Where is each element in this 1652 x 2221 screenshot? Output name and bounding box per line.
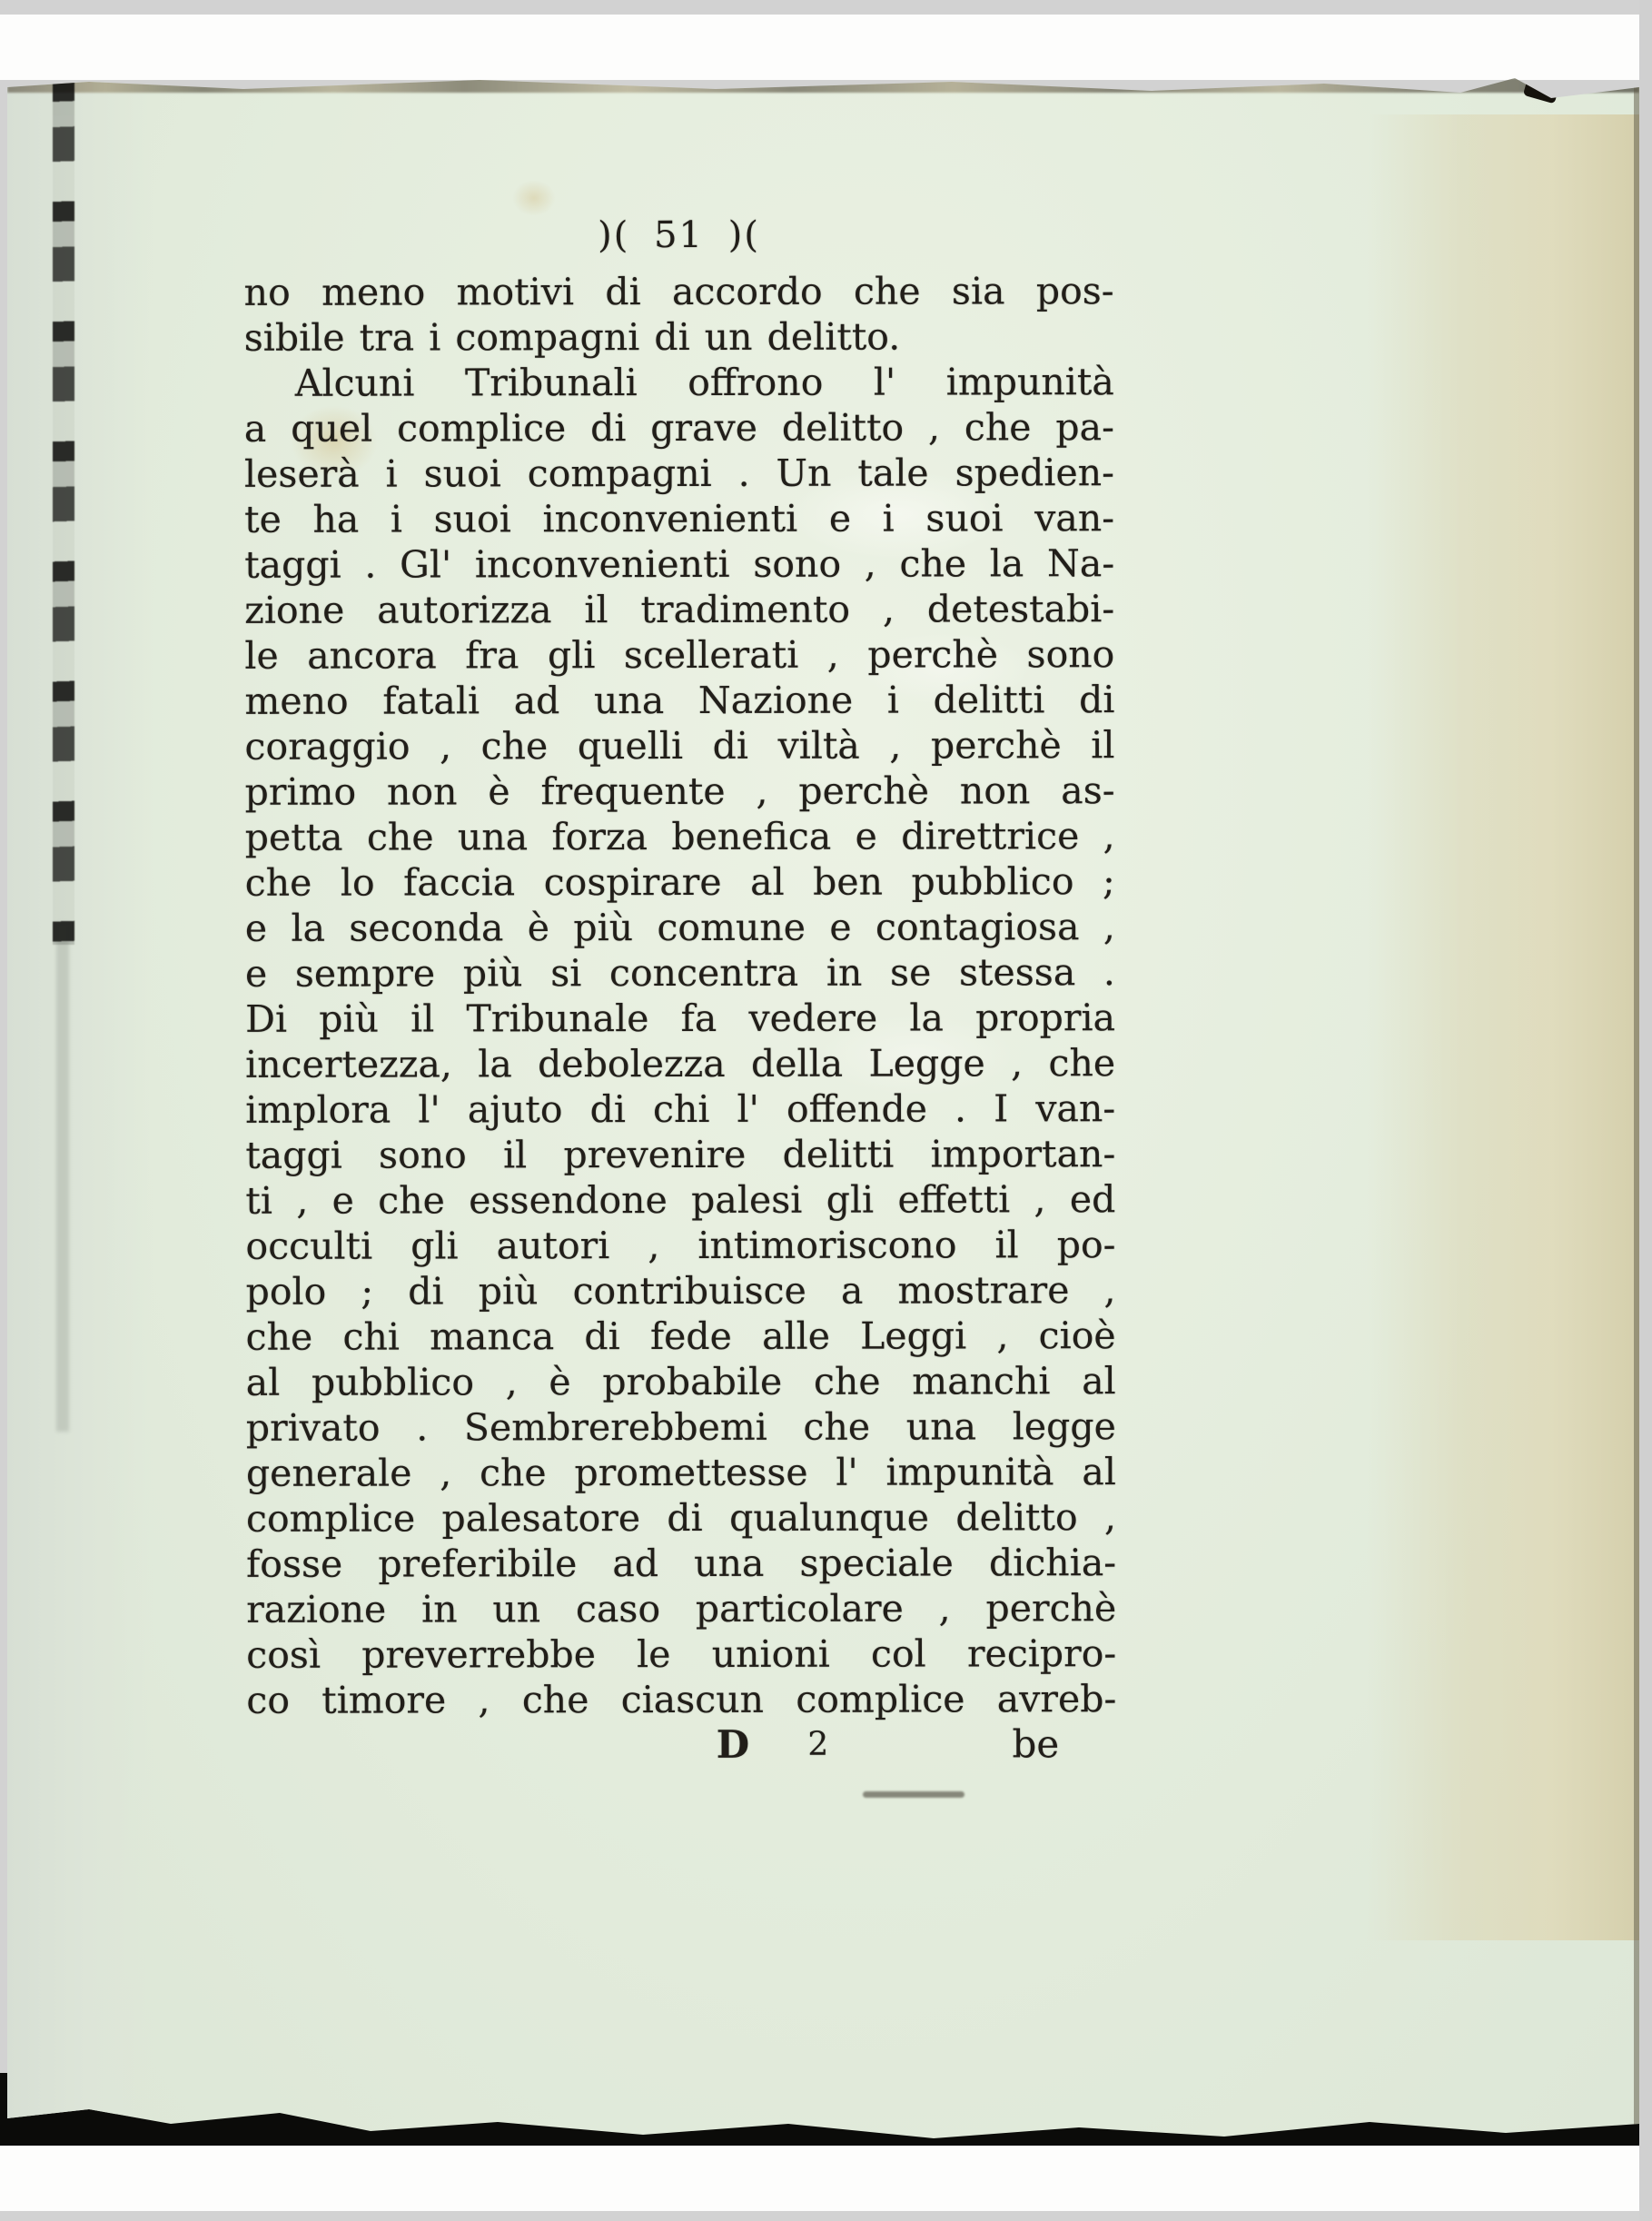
text-line: ti , e che essendone palesi gli effetti … (245, 1176, 1115, 1224)
text-line: a quel complice di grave delitto , che p… (244, 404, 1114, 451)
text-line: Di più il Tribunale fa vedere la propria (245, 995, 1115, 1042)
text-line: generale , che promettesse l' impunità a… (246, 1449, 1116, 1496)
text-line: meno fatali ad una Nazione i delitti di (244, 677, 1114, 724)
text-line: occulti gli autori , intimoriscono il po… (245, 1222, 1115, 1269)
page-top-edge-shadow (7, 78, 1639, 93)
text-line: complice palesatore di qualunque delitto… (246, 1494, 1116, 1542)
text-line: taggi . Gl' inconvenienti sono , che la … (244, 540, 1114, 588)
scan-frame-edge (1639, 0, 1652, 2221)
signature-mark: D (717, 1722, 750, 1768)
catchword: be (1012, 1721, 1059, 1767)
fore-edge-tan-band (1367, 114, 1639, 1940)
gutter-margin-shading (7, 78, 153, 2140)
text-line: incertezza, la debolezza della Legge , c… (245, 1040, 1115, 1087)
gutter-shadow (53, 82, 74, 945)
ink-smudge (863, 1791, 964, 1798)
scan-white-margin-top (0, 15, 1639, 80)
paper-stain (512, 180, 556, 216)
scan-white-margin-bottom (0, 2146, 1639, 2211)
page-right-edge-line (1634, 78, 1639, 2140)
text-line: petta che una forza benefica e direttric… (245, 813, 1115, 860)
book-page-paper: )( 51 )( no meno motivi di accordo che s… (7, 78, 1639, 2140)
text-line: e la seconda è più comune e contagiosa , (245, 904, 1115, 951)
text-line: Alcuni Tribunali offrono l' impunità (244, 359, 1114, 406)
text-line: fosse preferibile ad una speciale dichia… (246, 1540, 1116, 1587)
text-line: privato . Sembrerebbemi che una legge (246, 1403, 1116, 1451)
text-line: co timore , che ciascun complice avreb- (246, 1676, 1116, 1723)
body-text-block: )( 51 )( no meno motivi di accordo che s… (243, 213, 1116, 1778)
text-line: coraggio , che quelli di viltà , perchè … (244, 722, 1114, 769)
text-line: leserà i suoi compagni . Un tale spedien… (244, 450, 1114, 497)
text-line: no meno motivi di accordo che sia pos- (244, 268, 1114, 315)
text-line: te ha i suoi inconvenienti e i suoi van- (244, 495, 1114, 542)
text-line: taggi sono il prevenire delitti importan… (245, 1131, 1115, 1178)
text-line: che chi manca di fede alle Leggi , cioè (246, 1313, 1116, 1360)
signature-line: D 2 be (246, 1721, 1116, 1778)
text-line: così preverrebbe le unioni col recipro- (246, 1631, 1116, 1678)
text-line: polo ; di più contribuisce a mostrare , (246, 1267, 1116, 1314)
text-line: che lo faccia cospirare al ben pubblico … (245, 858, 1115, 906)
text-line: le ancora fra gli scellerati , perchè so… (244, 631, 1114, 679)
gutter-shadow-faint (56, 923, 69, 1432)
text-line: razione in un caso particolare , perchè (246, 1585, 1116, 1632)
scanned-book-page-image: )( 51 )( no meno motivi di accordo che s… (0, 0, 1652, 2221)
text-line: zione autorizza il tradimento , detestab… (244, 586, 1114, 633)
text-line: sibile tra i compagni di un delitto. (244, 313, 1114, 361)
text-line: e sempre più si concentra in se stessa . (245, 949, 1115, 996)
text-line: implora l' ajuto di chi l' offende . I v… (245, 1086, 1115, 1133)
text-line: al pubblico , è probabile che manchi al (246, 1358, 1116, 1405)
signature-number: 2 (807, 1722, 828, 1768)
text-line: primo non è frequente , perchè non as- (245, 768, 1115, 815)
page-number-header: )( 51 )( (243, 213, 1113, 270)
